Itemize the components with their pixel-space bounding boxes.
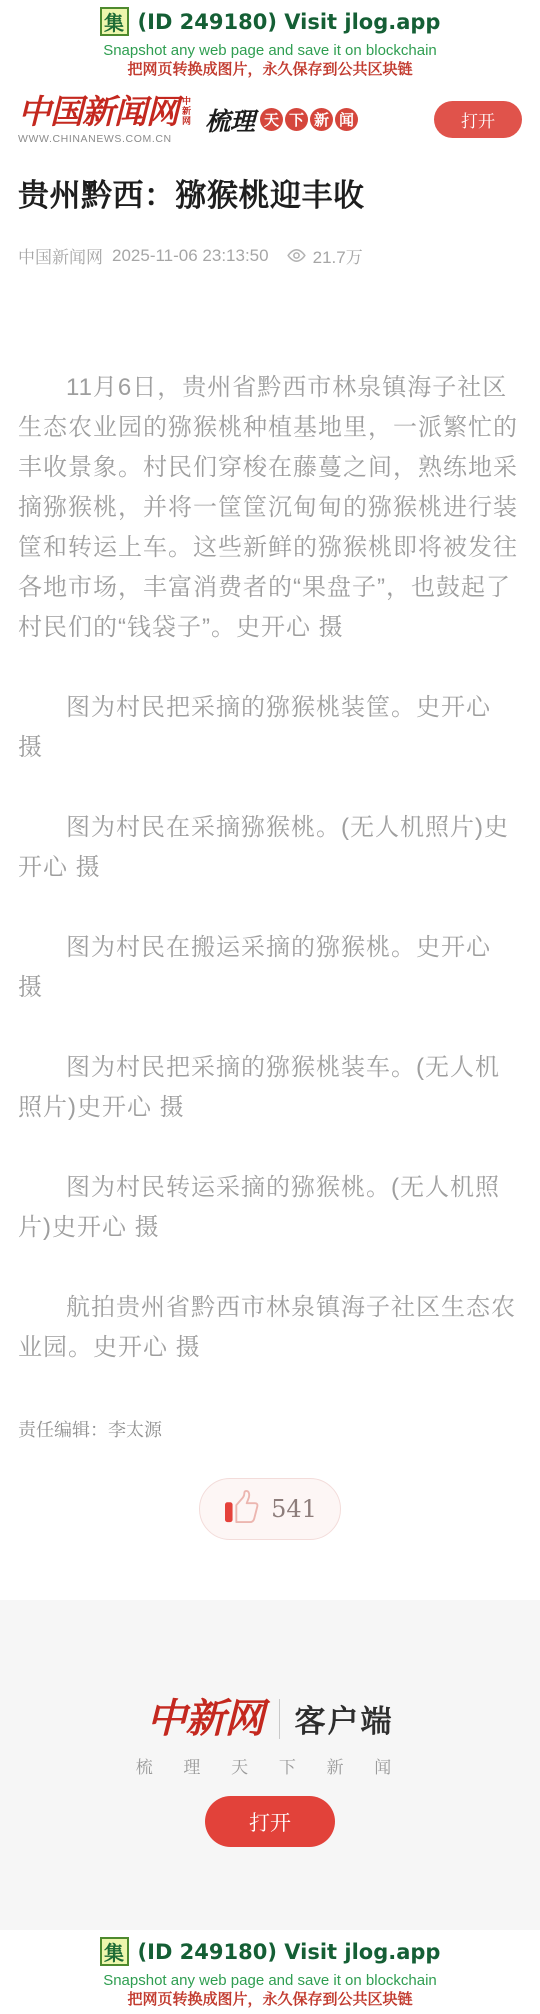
jlog-headline: (ID 249180) Visit jlog.app (138, 10, 441, 34)
article-source: 中国新闻网 (18, 243, 103, 268)
promo-logo: 中新网 (147, 1697, 264, 1741)
chinanews-url: WWW.CHINANEWS.COM.CN (18, 133, 191, 145)
article-meta: 中国新闻网 2025-11-06 23:13:50 21.7万 (18, 243, 522, 268)
photo-caption: 图为村民在搬运采摘的猕猴桃。史开心 摄 (18, 928, 522, 1008)
jlog-tagline-en: Snapshot any web page and save it on blo… (0, 41, 540, 60)
slogan-stamp: 新 (310, 108, 333, 131)
open-app-button-promo[interactable]: 打开 (205, 1796, 335, 1847)
paragraph: 11月6日，贵州省黔西市林泉镇海子社区生态农业园的猕猴桃种植基地里，一派繁忙的丰… (18, 368, 522, 648)
promo-slogan: 梳 理 天 下 新 闻 (0, 1753, 540, 1778)
article-body: 11月6日，贵州省黔西市林泉镇海子社区生态农业园的猕猴桃种植基地里，一派繁忙的丰… (0, 368, 540, 1368)
photo-caption: 图为村民在采摘猕猴桃。(无人机照片)史开心 摄 (18, 808, 522, 888)
logo-mini-char: 中 (182, 96, 191, 106)
chinanews-logo-mini: 中 新 网 (182, 96, 191, 126)
jlog-logo-icon: 集 (100, 7, 129, 36)
photo-caption: 航拍贵州省黔西市林泉镇海子社区生态农业园。史开心 摄 (18, 1288, 522, 1368)
jlog-banner-bottom: 集 (ID 249180) Visit jlog.app Snapshot an… (0, 1930, 540, 2014)
chinanews-logo[interactable]: 中国新闻网 中 新 网 WWW.CHINANEWS.COM.CN (18, 94, 191, 145)
article-datetime: 2025-11-06 23:13:50 (112, 246, 269, 266)
article-title: 贵州黔西：猕猴桃迎丰收 (18, 175, 522, 217)
view-count: 21.7万 (313, 243, 363, 268)
view-counter: 21.7万 (286, 243, 363, 268)
slogan-prefix: 梳理 (205, 102, 255, 138)
promo-divider (279, 1699, 280, 1739)
logo-mini-char: 网 (182, 116, 191, 126)
editor-line: 责任编辑：李太源 (18, 1416, 522, 1442)
promo-client-label: 客户端 (295, 1696, 394, 1741)
photo-caption: 图为村民把采摘的猕猴桃装筐。史开心 摄 (18, 688, 522, 768)
slogan-stamp: 闻 (335, 108, 358, 131)
like-button[interactable]: 541 (199, 1478, 341, 1540)
jlog-logo-icon: 集 (100, 1937, 129, 1966)
open-app-button-header[interactable]: 打开 (434, 101, 522, 138)
slogan-stamp: 天 (260, 108, 283, 131)
chinanews-logo-text: 中国新闻网 (18, 94, 178, 130)
thumbs-up-icon (223, 1490, 261, 1529)
jlog-tagline-zh: 把网页转换成图片，永久保存到公共区块链 (0, 1990, 540, 2009)
app-promo-section: 中新网 客户端 梳 理 天 下 新 闻 打开 (0, 1600, 540, 1930)
photo-caption: 图为村民把采摘的猕猴桃装车。(无人机照片)史开心 摄 (18, 1048, 522, 1128)
like-count: 541 (271, 1495, 317, 1523)
slogan-graphic: 梳理 天 下 新 闻 (205, 102, 420, 138)
promo-logo-row: 中新网 客户端 (0, 1696, 540, 1741)
jlog-link[interactable]: 集 (ID 249180) Visit jlog.app (0, 7, 540, 36)
jlog-link[interactable]: 集 (ID 249180) Visit jlog.app (0, 1937, 540, 1966)
jlog-tagline-zh: 把网页转换成图片，永久保存到公共区块链 (0, 60, 540, 79)
eye-icon (286, 248, 307, 263)
logo-mini-char: 新 (182, 106, 191, 116)
site-header: 中国新闻网 中 新 网 WWW.CHINANEWS.COM.CN 梳理 天 下 … (0, 84, 540, 151)
jlog-headline: (ID 249180) Visit jlog.app (138, 1940, 441, 1964)
photo-caption: 图为村民转运采摘的猕猴桃。(无人机照片)史开心 摄 (18, 1168, 522, 1248)
jlog-tagline-en: Snapshot any web page and save it on blo… (0, 1971, 540, 1990)
jlog-banner-top: 集 (ID 249180) Visit jlog.app Snapshot an… (0, 0, 540, 84)
slogan-stamp: 下 (285, 108, 308, 131)
